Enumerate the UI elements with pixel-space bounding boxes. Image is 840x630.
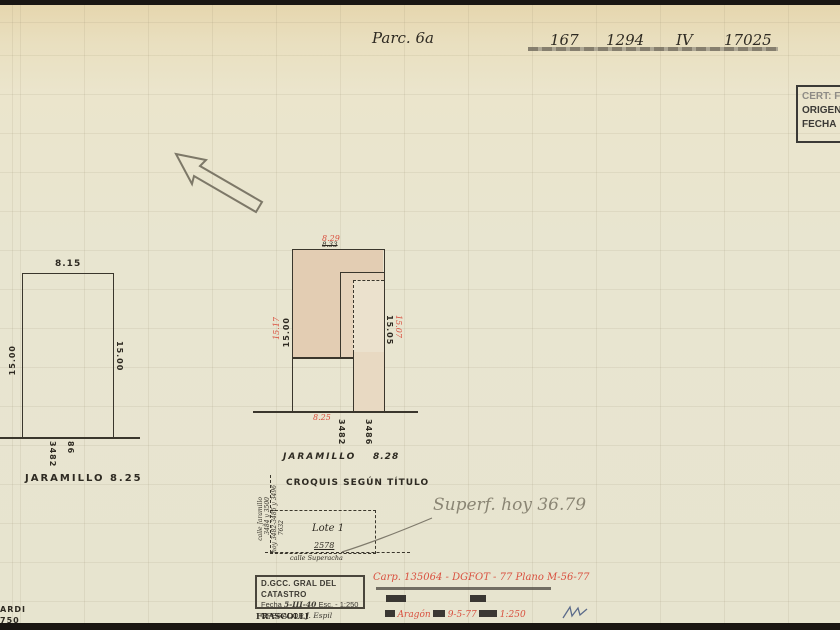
croquis-bottom-street: calle Superacha <box>290 554 343 562</box>
catastro-stamp: D.GCC. GRAL DEL CATASTRO Fecha 5-III-40 … <box>255 575 365 609</box>
north-arrow-icon <box>170 150 270 220</box>
parcel-label: Parc. 6a <box>372 29 434 47</box>
left-lot-right-dimension: 15.00 <box>115 341 124 371</box>
ref-2: 1294 <box>606 31 644 49</box>
croquis-side-numbers: 3484 y 3500 <box>264 497 271 535</box>
stamp-line: ORIGEN <box>802 104 840 118</box>
operador-value: J. Espil <box>306 611 332 620</box>
right-lot-bottom-dimension-red: 8.25 <box>313 413 331 422</box>
left-lot-outline <box>22 273 114 439</box>
stamp-date-row: Fecha 5-III-40 Esc. - 1:250 <box>261 600 359 611</box>
signoff-scale: 1:250 <box>500 610 526 620</box>
stamp-line: FECHA <box>802 118 840 132</box>
bottom-left-line-2: 750 <box>0 616 20 623</box>
annotation-leader-line <box>340 510 435 555</box>
escala-label: Esc. - 1:250 <box>318 600 358 609</box>
bottom-left-line-1: ARDI <box>0 605 26 614</box>
right-lot-right-dimension-black: 15.05 <box>385 315 394 345</box>
right-lot-left-dimension-red: 15.17 <box>272 317 281 340</box>
left-lot-door-number-1: 3482 <box>48 441 57 467</box>
certificate-stamp: CERT: F ORIGEN FECHA <box>796 85 840 143</box>
signoff-name: Aragón <box>398 610 431 620</box>
redaction-block <box>470 595 486 602</box>
right-street-dimension: 8.28 <box>373 452 399 462</box>
left-lot-door-number-2: 86 <box>66 441 75 454</box>
redaction-block <box>433 610 445 617</box>
red-reference: Carp. 135064 - DGFOT - 77 Plano M-56-77 <box>373 572 590 583</box>
red-signoff: Aragón 9-5-77 1:250 <box>385 609 526 620</box>
signature-icon <box>560 603 590 623</box>
right-lot-door-number-1: 3482 <box>337 419 346 445</box>
stamp-title: D.GCC. GRAL DEL CATASTRO <box>261 579 359 600</box>
right-lot-top-dimension-black: 8.33 <box>322 241 338 249</box>
right-lot-door-number-2: 3486 <box>364 419 373 445</box>
redaction-block <box>479 610 497 617</box>
fecha-value: 5-III-40 <box>284 600 316 609</box>
right-street-name: JARAMILLO <box>283 452 356 462</box>
ref-4: 17025 <box>724 31 772 49</box>
fecha-label: Fecha <box>261 600 282 609</box>
draftsman-name: FRASCOLLI <box>256 611 309 621</box>
croquis-side-dimension: 7632 <box>278 520 285 535</box>
surface-annotation: Superf. hoy 36.79 <box>433 495 586 515</box>
croquis-lot-area: 2578 <box>314 541 334 550</box>
ref-3: IV <box>676 31 693 49</box>
left-street-line <box>0 437 140 439</box>
croquis-side-street: calle Jaramillo <box>257 497 264 541</box>
handwritten-references: 167 1294 IV 17025 <box>528 31 788 51</box>
right-lot-left-dimension-black: 15.00 <box>282 317 291 347</box>
croquis-side-note: hoy 3482-3486 y 3496 <box>271 485 278 553</box>
redaction-block <box>386 595 406 602</box>
right-lot-outline <box>292 249 385 413</box>
right-lot-right-dimension-red: 15.07 <box>394 315 403 338</box>
right-street-line <box>253 411 418 413</box>
plan-sheet: Parc. 6a 167 1294 IV 17025 CERT: F ORIGE… <box>0 5 840 623</box>
signoff-date: 9-5-77 <box>448 610 477 620</box>
croquis-title: CROQUIS SEGÚN TÍTULO <box>286 478 429 488</box>
redaction-block <box>385 610 395 617</box>
ref-1: 167 <box>550 31 579 49</box>
left-lot-left-dimension: 15.00 <box>8 345 17 375</box>
left-lot-top-dimension: 8.15 <box>55 259 81 269</box>
left-street-label: JARAMILLO 8.25 <box>25 473 143 484</box>
stamp-line: CERT: F <box>802 90 840 104</box>
redaction-bar <box>376 587 551 590</box>
